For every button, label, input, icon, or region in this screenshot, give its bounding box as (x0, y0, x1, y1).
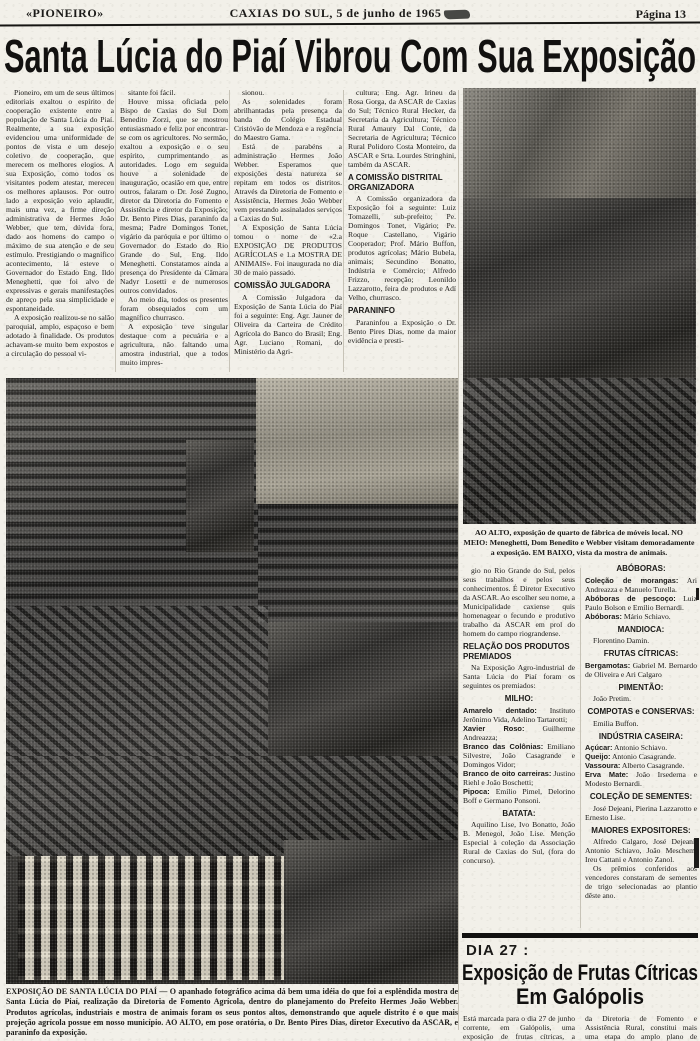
scan-edge-mark (694, 838, 699, 868)
award-entry: Coleção de morangas: Ari Andreazza e Man… (585, 576, 697, 594)
section-kicker: DIA 27 : (466, 942, 529, 959)
paragraph: João Pretim. (585, 694, 697, 703)
article-column-1: Pioneiro, em um de seus últimos editoria… (6, 88, 114, 376)
citrus-headline-line2: Em Galópolis (516, 984, 644, 1009)
photo-speaker-portrait (186, 440, 254, 552)
citrus-headline-line1: Exposição de Frutas Cítricas (462, 960, 698, 985)
award-category: Coleção de morangas: (585, 576, 678, 585)
citrus-text-left: Está marcada para o dia 27 de junho corr… (463, 1014, 575, 1041)
subheading: COMISSÃO JULGADORA (234, 281, 342, 291)
photo-officials-visit (463, 198, 696, 378)
citrus-headline-svg: Exposição de Frutas Cítricas Em Galópoli… (460, 960, 700, 1012)
paragraph: Aquilino Lise, Ivo Bonatto, João B. Mene… (463, 820, 575, 865)
award-entry: Abóboras de pescoço: Luiz Paulo Bolson e… (585, 594, 697, 612)
right-photo-caption: AO ALTO, exposição de quarto de fábrica … (462, 528, 696, 558)
paragraph: A Comissão Julgadora da Exposição de San… (234, 293, 342, 356)
newspaper-page: «PIONEIRO» CAXIAS DO SUL, 5 de junho de … (0, 0, 700, 1041)
subheading: ABÓBORAS: (585, 564, 697, 574)
paragraph: Ao meio dia, todos os presentes foram ob… (120, 295, 228, 322)
award-category: Abóboras de pescoço: (585, 594, 676, 603)
award-category: Amarelo dentado: (463, 706, 537, 715)
award-category: Xavier Roso: (463, 724, 524, 733)
section-divider-bar (462, 933, 698, 938)
article-column-2: sitante foi fácil.Houve missa oficiada p… (120, 88, 228, 376)
column-rule (580, 568, 581, 928)
paragraph: Houve missa oficiada pelo Bispo de Caxia… (120, 97, 228, 295)
award-category: Vassoura: (585, 761, 620, 770)
paragraph: A exposição realizou-se no salão paroqui… (6, 313, 114, 358)
main-headline: Santa Lúcia do Piaí Vibrou Com Sua Expos… (4, 30, 696, 82)
page-number: Página 13 (636, 7, 686, 22)
award-category: Branco das Colônias: (463, 742, 543, 751)
award-entry: Branco das Colônias: Emiliano Silvestre,… (463, 742, 575, 769)
paragraph: gio no Rio Grande do Sul, pelos seus tra… (463, 566, 575, 638)
dateline: CAXIAS DO SUL, 5 de junho de 1965 (0, 6, 700, 21)
award-entry: Queijo: Antonio Casagrande. (585, 752, 697, 761)
awards-column-right: ABÓBORAS:Coleção de morangas: Ari Andrea… (585, 560, 697, 930)
main-headline-svg: Santa Lúcia do Piaí Vibrou Com Sua Expos… (0, 26, 700, 86)
column-rule (115, 90, 116, 372)
subheading: MANDIOCA: (585, 625, 697, 635)
photo-men-inspecting (284, 840, 458, 984)
montage-caption: EXPOSIÇÃO DE SANTA LÚCIA DO PIAÍ — O apa… (6, 987, 458, 1038)
award-entry: Xavier Roso: Guilherme Andreazza; (463, 724, 575, 742)
paragraph: Emilia Buffon. (585, 719, 697, 728)
paragraph: Está de parabéns a administração Hermes … (234, 142, 342, 223)
award-entry: Vassoura: Alberto Casagrande. (585, 761, 697, 770)
paragraph: A Exposição de Santa Lúcia tomou o nome … (234, 223, 342, 277)
award-category: Abóboras: (585, 612, 622, 621)
paragraph: José Dejeani, Pierina Lazzarotto e Ernes… (585, 804, 697, 822)
photo-hall-panorama (6, 606, 268, 756)
award-entry: Erva Mate: João Irsederna e Modesto Bern… (585, 770, 697, 788)
award-entry: Bergamotas: Gabriel M. Bernardo de Olive… (585, 661, 697, 679)
paragraph: A Comissão organizadora da Exposição foi… (348, 194, 456, 302)
paragraph: cultura; Eng. Agr. Irineu da Rosa Gorga,… (348, 88, 456, 169)
paragraph: sionou. (234, 88, 342, 97)
column-rule (343, 90, 344, 372)
paragraph: sitante foi fácil. (120, 88, 228, 97)
subheading: MAIORES EXPOSITORES: (585, 826, 697, 836)
citrus-text-right: da Diretoria de Fomento e Assistência Ru… (585, 1014, 697, 1041)
award-category: Bergamotas: (585, 661, 630, 670)
subheading: COMPOTAS e CONSERVAS: (585, 707, 697, 717)
award-entry: Pipoca: Emílio Pimel, Delorino Boff e Ge… (463, 787, 575, 805)
award-entry: Branco de oito carreiras: Justino Riehl … (463, 769, 575, 787)
award-category: Branco de oito carreiras: (463, 769, 551, 778)
scan-edge-mark (696, 588, 699, 600)
paragraph: Os prêmios conferidos aos vencedores con… (585, 864, 697, 900)
photo-right-stack (463, 88, 696, 524)
photo-vegetables-top (256, 378, 458, 504)
article-column-3: sionou.As solenidades foram abrilhantada… (234, 88, 342, 376)
subheading: PIMENTÃO: (585, 683, 697, 693)
award-category: Queijo: (585, 752, 610, 761)
subheading: FRUTAS CÍTRICAS: (585, 649, 697, 659)
subheading: COLEÇÃO DE SEMENTES: (585, 792, 697, 802)
photo-furniture-exhibit (463, 88, 696, 198)
photo-squash-table (258, 504, 458, 622)
dateline-text: CAXIAS DO SUL, 5 de junho de 1965 (230, 6, 442, 20)
awards-column-left: gio no Rio Grande do Sul, pelos seus tra… (463, 566, 575, 930)
subheading: MILHO: (463, 694, 575, 704)
paragraph: Pioneiro, em um de seus últimos editoria… (6, 88, 114, 313)
award-category: Açúcar: (585, 743, 613, 752)
paragraph: Alfredo Calgaro, José Dejeani, Antonio S… (585, 837, 697, 864)
ink-smudge (444, 9, 470, 19)
photo-animal-show (463, 378, 696, 524)
award-entry: Açúcar: Antonio Schiavo. (585, 743, 697, 752)
photo-bottle-shelves (18, 856, 284, 980)
award-category: Erva Mate: (585, 770, 628, 779)
subheading: A COMISSÃO DISTRITAL ORGANIZADORA (348, 173, 456, 192)
paragraph: A exposição teve singular destaque com a… (120, 322, 228, 367)
photo-montage (6, 378, 458, 984)
subheading: PARANINFO (348, 306, 456, 316)
photo-visitors (268, 622, 458, 756)
article-column-4: cultura; Eng. Agr. Irineu da Rosa Gorga,… (348, 88, 456, 376)
paragraph: Na Exposição Agro-industrial de Santa Lú… (463, 663, 575, 690)
column-rule (458, 90, 459, 1030)
award-category: Pipoca: (463, 787, 490, 796)
masthead: «PIONEIRO» CAXIAS DO SUL, 5 de junho de … (0, 4, 700, 22)
subheading: RELAÇÃO DOS PRODUTOS PREMIADOS (463, 642, 575, 661)
subheading: INDÚSTRIA CASEIRA: (585, 732, 697, 742)
award-entry: Abóboras: Mário Schiavo. (585, 612, 697, 621)
award-entry: Amarelo dentado: Instituto Jerônimo Vida… (463, 706, 575, 724)
column-rule (229, 90, 230, 372)
paragraph: Florentino Damin. (585, 636, 697, 645)
subheading: BATATA: (463, 809, 575, 819)
paragraph: Paraninfou a Exposição o Dr. Bento Pires… (348, 318, 456, 345)
paragraph: As solenidades foram abrilhantadas pela … (234, 97, 342, 142)
